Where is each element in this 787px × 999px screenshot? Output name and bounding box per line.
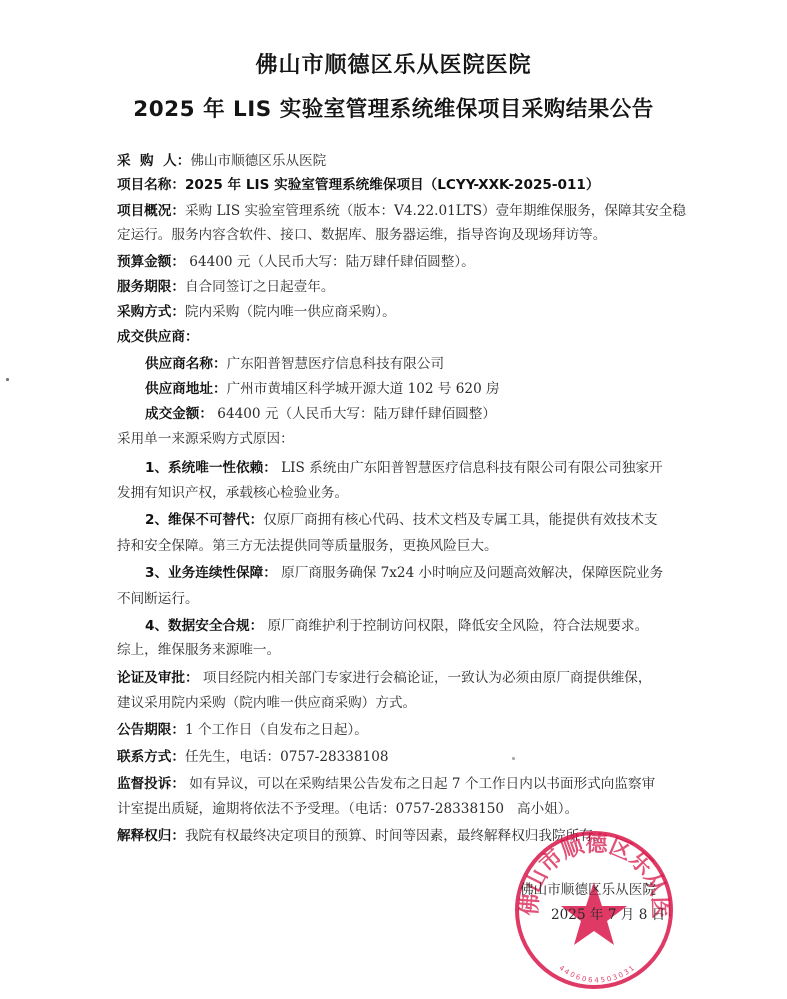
reason-4-text-2: 综上，维保服务来源唯一。 [117,642,280,658]
deal-amount-value: 64400 元（人民币大写：陆万肆仟肆佰圆整） [213,406,496,422]
service-period-value: 自合同签订之日起壹年。 [185,279,335,295]
seal-code: 4406064503031 [557,963,637,984]
signature-date: 2025 年 7 月 8 日 [551,903,665,923]
reason-1-row: 1、系统唯一性依赖： LIS 系统由广东阳普智慧医疗信息科技有限公司有限公司独家… [145,459,663,477]
review-label: 论证及审批： [117,670,199,686]
purchaser-value: 佛山市顺德区乐从医院 [190,153,326,169]
supervision-text-2: 计室提出质疑，逾期将依法不予受理。（电话：0757-28338150 高小姐）。 [117,801,578,817]
purchaser-row: 采 购 人：佛山市顺德区乐从医院 [117,152,326,170]
reason-2-text-2: 持和安全保障。第三方无法提供同等质量服务，更换风险巨大。 [117,538,498,554]
single-source-label: 采用单一来源采购方式原因： [117,431,294,447]
project-overview-row: 项目概况：采购 LIS 实验室管理系统（版本：V4.22.01LTS）壹年期维保… [117,202,686,220]
contact-label: 联系方式： [117,749,185,765]
reason-4-row: 4、数据安全合规： 原厂商维护利于控制访问权限，降低安全风险，符合法规要求。 [145,617,648,635]
notice-period-row: 公告期限：1 个工作日（自发布之日起）。 [117,721,368,739]
contact-row: 联系方式：任先生，电话：0757-28338108 [117,748,389,766]
reason-3-text-2: 不间断运行。 [117,591,199,607]
reason-2-text-1: 仅原厂商拥有核心代码、技术文档及专属工具，能提供有效技术支 [263,512,657,528]
review-row: 论证及审批： 项目经院内相关部门专家进行会稿论证，一致认为必须由原厂商提供维保， [117,669,651,687]
budget-row: 预算金额： 64400 元（人民币大写：陆万肆仟肆佰圆整）。 [117,253,475,271]
supervision-row-2: 计室提出质疑，逾期将依法不予受理。（电话：0757-28338150 高小姐）。 [117,800,578,818]
reason-1-label: 1、系统唯一性依赖： [145,460,277,476]
reason-4-label: 4、数据安全合规： [145,618,263,634]
review-row-2: 建议采用院内采购（院内唯一供应商采购）方式。 [117,694,416,712]
service-period-label: 服务期限： [117,279,185,295]
supervision-row: 监督投诉： 如有异议，可以在采购结果公告发布之日起 7 个工作日内以书面形式向监… [117,775,655,793]
announcement-title: 2025 年 LIS 实验室管理系统维保项目采购结果公告 [0,92,787,123]
reason-2-label: 2、维保不可替代： [145,512,263,528]
reason-3-label: 3、业务连续性保障： [145,565,277,581]
project-overview-label: 项目概况： [117,203,185,219]
supervision-text-1: 如有异议，可以在采购结果公告发布之日起 7 个工作日内以书面形式向监察审 [185,776,655,792]
project-name-label: 项目名称： [117,177,185,193]
deal-amount-label: 成交金额： [145,406,213,422]
supplier-address-label: 供应商地址： [145,381,227,397]
supplier-name-label: 供应商名称： [145,356,227,372]
reason-2-row-2: 持和安全保障。第三方无法提供同等质量服务，更换风险巨大。 [117,537,498,555]
reason-3-text-1: 原厂商服务确保 7x24 小时响应及问题高效解决，保障医院业务 [277,565,663,581]
reason-1-text-2: 发拥有知识产权，承载核心检验业务。 [117,485,348,501]
project-name-value: 2025 年 LIS 实验室管理系统维保项目（LCYY-XXK-2025-011… [185,177,600,193]
interpretation-row: 解释权归：我院有权最终决定项目的预算、时间等因素，最终解释权归我院所有。 [117,827,606,845]
reason-1-text-1: LIS 系统由广东阳普智慧医疗信息科技有限公司有限公司独家开 [277,460,663,476]
supplier-address-row: 供应商地址：广州市黄埔区科学城开源大道 102 号 620 房 [145,380,500,398]
review-text-1: 项目经院内相关部门专家进行会稿论证，一致认为必须由原厂商提供维保， [199,670,652,686]
supervision-label: 监督投诉： [117,776,185,792]
reason-1-row-2: 发拥有知识产权，承载核心检验业务。 [117,484,348,502]
service-period-row: 服务期限：自合同签订之日起壹年。 [117,278,335,296]
budget-value: 64400 元（人民币大写：陆万肆仟肆佰圆整）。 [185,254,475,270]
deal-amount-row: 成交金额： 64400 元（人民币大写：陆万肆仟肆佰圆整） [145,405,496,423]
hospital-title: 佛山市顺德区乐从医院医院 [0,48,787,79]
project-overview-row-2: 定运行。服务内容含软件、接口、数据库、服务器运维，指导咨询及现场拜访等。 [117,226,606,244]
interpretation-value: 我院有权最终决定项目的预算、时间等因素，最终解释权归我院所有。 [185,828,606,844]
reason-3-row-2: 不间断运行。 [117,590,199,608]
project-overview-value-1: 采购 LIS 实验室管理系统（版本：V4.22.01LTS）壹年期维保服务，保障… [185,203,686,219]
review-text-2: 建议采用院内采购（院内唯一供应商采购）方式。 [117,695,416,711]
reason-4-text-1: 原厂商维护利于控制访问权限，降低安全风险，符合法规要求。 [263,618,648,634]
notice-period-value: 1 个工作日（自发布之日起）。 [185,722,368,738]
procurement-method-row: 采购方式：院内采购（院内唯一供应商采购）。 [117,303,396,321]
project-name-row: 项目名称：2025 年 LIS 实验室管理系统维保项目（LCYY-XXK-202… [117,176,600,194]
contact-value: 任先生，电话：0757-28338108 [185,749,389,765]
scan-speck [512,757,515,760]
notice-period-label: 公告期限： [117,722,185,738]
reason-2-row: 2、维保不可替代：仅原厂商拥有核心代码、技术文档及专属工具，能提供有效技术支 [145,511,657,529]
project-overview-value-2: 定运行。服务内容含软件、接口、数据库、服务器运维，指导咨询及现场拜访等。 [117,227,606,243]
reason-4-row-2: 综上，维保服务来源唯一。 [117,641,280,659]
interpretation-label: 解释权归： [117,828,185,844]
budget-label: 预算金额： [117,254,185,270]
winning-supplier-heading: 成交供应商： [117,328,199,346]
purchaser-label: 采 购 人： [117,153,190,169]
procurement-method-value: 院内采购（院内唯一供应商采购）。 [185,304,396,320]
svg-text:4406064503031: 4406064503031 [557,963,637,984]
reason-3-row: 3、业务连续性保障： 原厂商服务确保 7x24 小时响应及问题高效解决，保障医院… [145,564,663,582]
supplier-name-row: 供应商名称：广东阳普智慧医疗信息科技有限公司 [145,355,444,373]
supplier-name-value: 广东阳普智慧医疗信息科技有限公司 [227,356,445,372]
scan-speck [6,378,9,381]
single-source-heading: 采用单一来源采购方式原因： [117,430,294,448]
winning-supplier-label: 成交供应商： [117,329,199,345]
procurement-method-label: 采购方式： [117,304,185,320]
supplier-address-value: 广州市黄埔区科学城开源大道 102 号 620 房 [227,381,500,397]
signature-org: 佛山市顺德区乐从医院 [520,878,656,898]
announcement-page: 佛山市顺德区乐从医院医院 2025 年 LIS 实验室管理系统维保项目采购结果公… [0,0,787,999]
